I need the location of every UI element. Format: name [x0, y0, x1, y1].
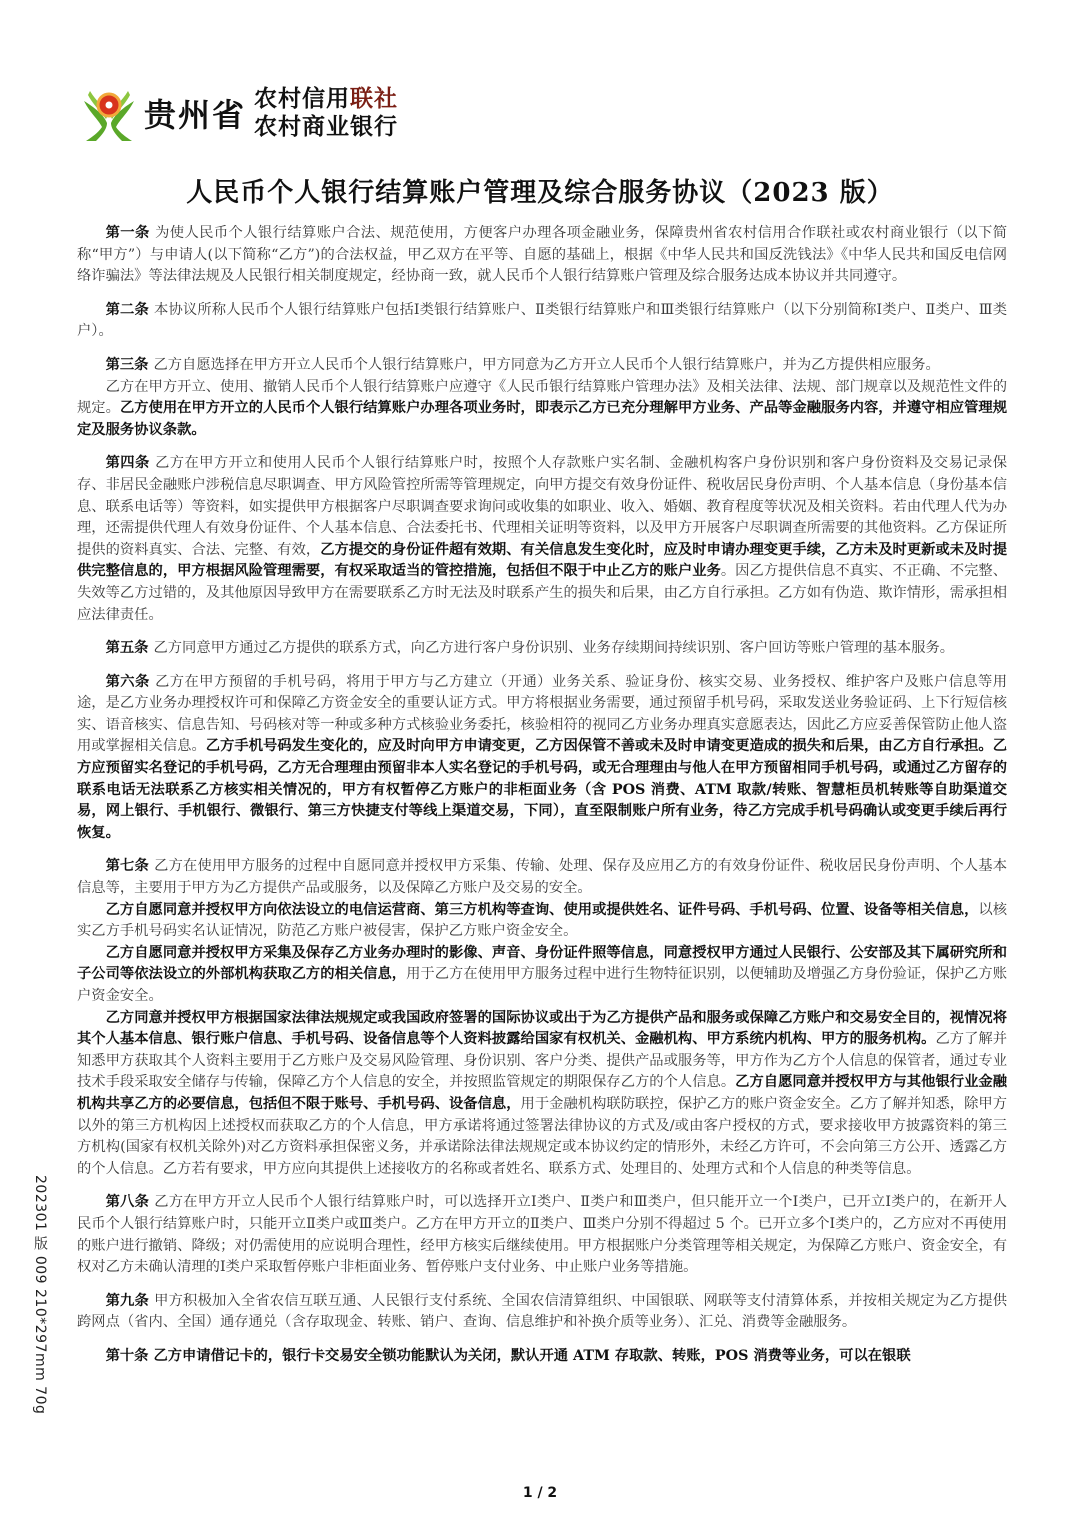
logo-line-1: 农村信用联社	[254, 85, 398, 113]
clause-text: 乙方自愿选择在甲方开立人民币个人银行结算账户，甲方同意为乙方开立人民币个人银行结…	[153, 357, 939, 373]
clause-text: 本协议所称人民币个人银行结算账户包括Ⅰ类银行结算账户、Ⅱ类银行结算账户和Ⅲ类银行…	[77, 302, 1007, 340]
bank-logo: 贵州省 农村信用联社 农村商业银行	[80, 82, 398, 144]
print-spec-note: 202301 版 009 210*297mm 70g	[30, 1175, 50, 1414]
emphasized-clause: 乙方申请借记卡的，银行卡交易安全锁功能默认为关闭，默认开通 ATM 存取款、转账…	[153, 1348, 910, 1364]
article-number: 第八条	[106, 1194, 155, 1210]
article-paragraph: 第八条 乙方在甲方开立人民币个人银行结算账户时，可以选择开立Ⅰ类户、Ⅱ类户和Ⅲ类…	[77, 1192, 1007, 1278]
emphasized-clause: 乙方使用在甲方开立的人民币个人银行结算账户办理各项业务时，即表示乙方已充分理解甲…	[77, 400, 1007, 438]
article-paragraph: 第九条 甲方积极加入全省农信互联互通、人民银行支付系统、全国农信清算组织、中国银…	[77, 1291, 1007, 1334]
article-number: 第五条	[106, 640, 154, 656]
clause-text: 乙方在使用甲方服务的过程中自愿同意并授权甲方采集、传输、处理、保存及应用乙方的有…	[77, 858, 1007, 896]
article-number: 第七条	[106, 858, 155, 874]
logo-line-1-main: 农村信用	[254, 86, 350, 112]
article-number: 第二条	[106, 302, 154, 318]
logo-line-2: 农村商业银行	[254, 113, 398, 141]
continuation-paragraph: 乙方自愿同意并授权甲方采集及保存乙方业务办理时的影像、声音、身份证件照等信息，同…	[77, 943, 1007, 1008]
article-paragraph: 第十条 乙方申请借记卡的，银行卡交易安全锁功能默认为关闭，默认开通 ATM 存取…	[77, 1346, 1007, 1368]
article-number: 第十条	[106, 1348, 154, 1364]
logo-province-text: 贵州省	[144, 90, 246, 136]
article-number: 第六条	[106, 674, 155, 690]
article-number: 第九条	[106, 1293, 155, 1309]
document-body: 第一条 为使人民币个人银行结算账户合法、规范使用，方便客户办理各项金融业务，保障…	[77, 223, 1007, 1368]
article-paragraph: 第三条 乙方自愿选择在甲方开立人民币个人银行结算账户，甲方同意为乙方开立人民币个…	[77, 355, 1007, 377]
clause-text: 甲方积极加入全省农信互联互通、人民银行支付系统、全国农信清算组织、中国银联、网联…	[77, 1293, 1007, 1331]
article-paragraph: 第二条 本协议所称人民币个人银行结算账户包括Ⅰ类银行结算账户、Ⅱ类银行结算账户和…	[77, 300, 1007, 343]
article-paragraph: 第六条 乙方在甲方预留的手机号码，将用于甲方与乙方建立（开通）业务关系、验证身份…	[77, 672, 1007, 845]
continuation-paragraph: 乙方同意并授权甲方根据国家法律法规规定或我国政府签署的国际协议或出于为乙方提供产…	[77, 1008, 1007, 1181]
article-paragraph: 第七条 乙方在使用甲方服务的过程中自愿同意并授权甲方采集、传输、处理、保存及应用…	[77, 856, 1007, 899]
clause-text: 乙方同意甲方通过乙方提供的联系方式，向乙方进行客户身份识别、业务存续期间持续识别…	[153, 640, 954, 656]
article-number: 第四条	[106, 455, 155, 471]
logo-line-1-accent: 联社	[350, 86, 398, 112]
rcc-guizhou-logo-icon	[80, 83, 138, 143]
page-number: 1 / 2	[0, 1485, 1080, 1501]
document-title: 人民币个人银行结算账户管理及综合服务协议（2023 版）	[0, 172, 1080, 209]
continuation-paragraph: 乙方自愿同意并授权甲方向依法设立的电信运营商、第三方机构等查询、使用或提供姓名、…	[77, 900, 1007, 943]
emphasized-clause: 乙方自愿同意并授权甲方向依法设立的电信运营商、第三方机构等查询、使用或提供姓名、…	[106, 902, 979, 918]
clause-text: 乙方在甲方开立人民币个人银行结算账户时，可以选择开立Ⅰ类户、Ⅱ类户和Ⅲ类户，但只…	[77, 1194, 1007, 1275]
article-paragraph: 第四条 乙方在甲方开立和使用人民币个人银行结算账户时，按照个人存款账户实名制、金…	[77, 453, 1007, 626]
emphasized-clause: 乙方同意并授权甲方根据国家法律法规规定或我国政府签署的国际协议或出于为乙方提供产…	[77, 1010, 1007, 1048]
clause-text: 为使人民币个人银行结算账户合法、规范使用，方便客户办理各项金融业务，保障贵州省农…	[77, 225, 1007, 284]
article-number: 第三条	[106, 357, 154, 373]
continuation-paragraph: 乙方在甲方开立、使用、撤销人民币个人银行结算账户应遵守《人民币银行结算账户管理办…	[77, 377, 1007, 442]
emphasized-clause: 乙方手机号码发生变化的，应及时向甲方申请变更，乙方因保管不善或未及时申请变更造成…	[77, 738, 1007, 840]
article-paragraph: 第五条 乙方同意甲方通过乙方提供的联系方式，向乙方进行客户身份识别、业务存续期间…	[77, 638, 1007, 660]
article-number: 第一条	[106, 225, 155, 241]
article-paragraph: 第一条 为使人民币个人银行结算账户合法、规范使用，方便客户办理各项金融业务，保障…	[77, 223, 1007, 288]
